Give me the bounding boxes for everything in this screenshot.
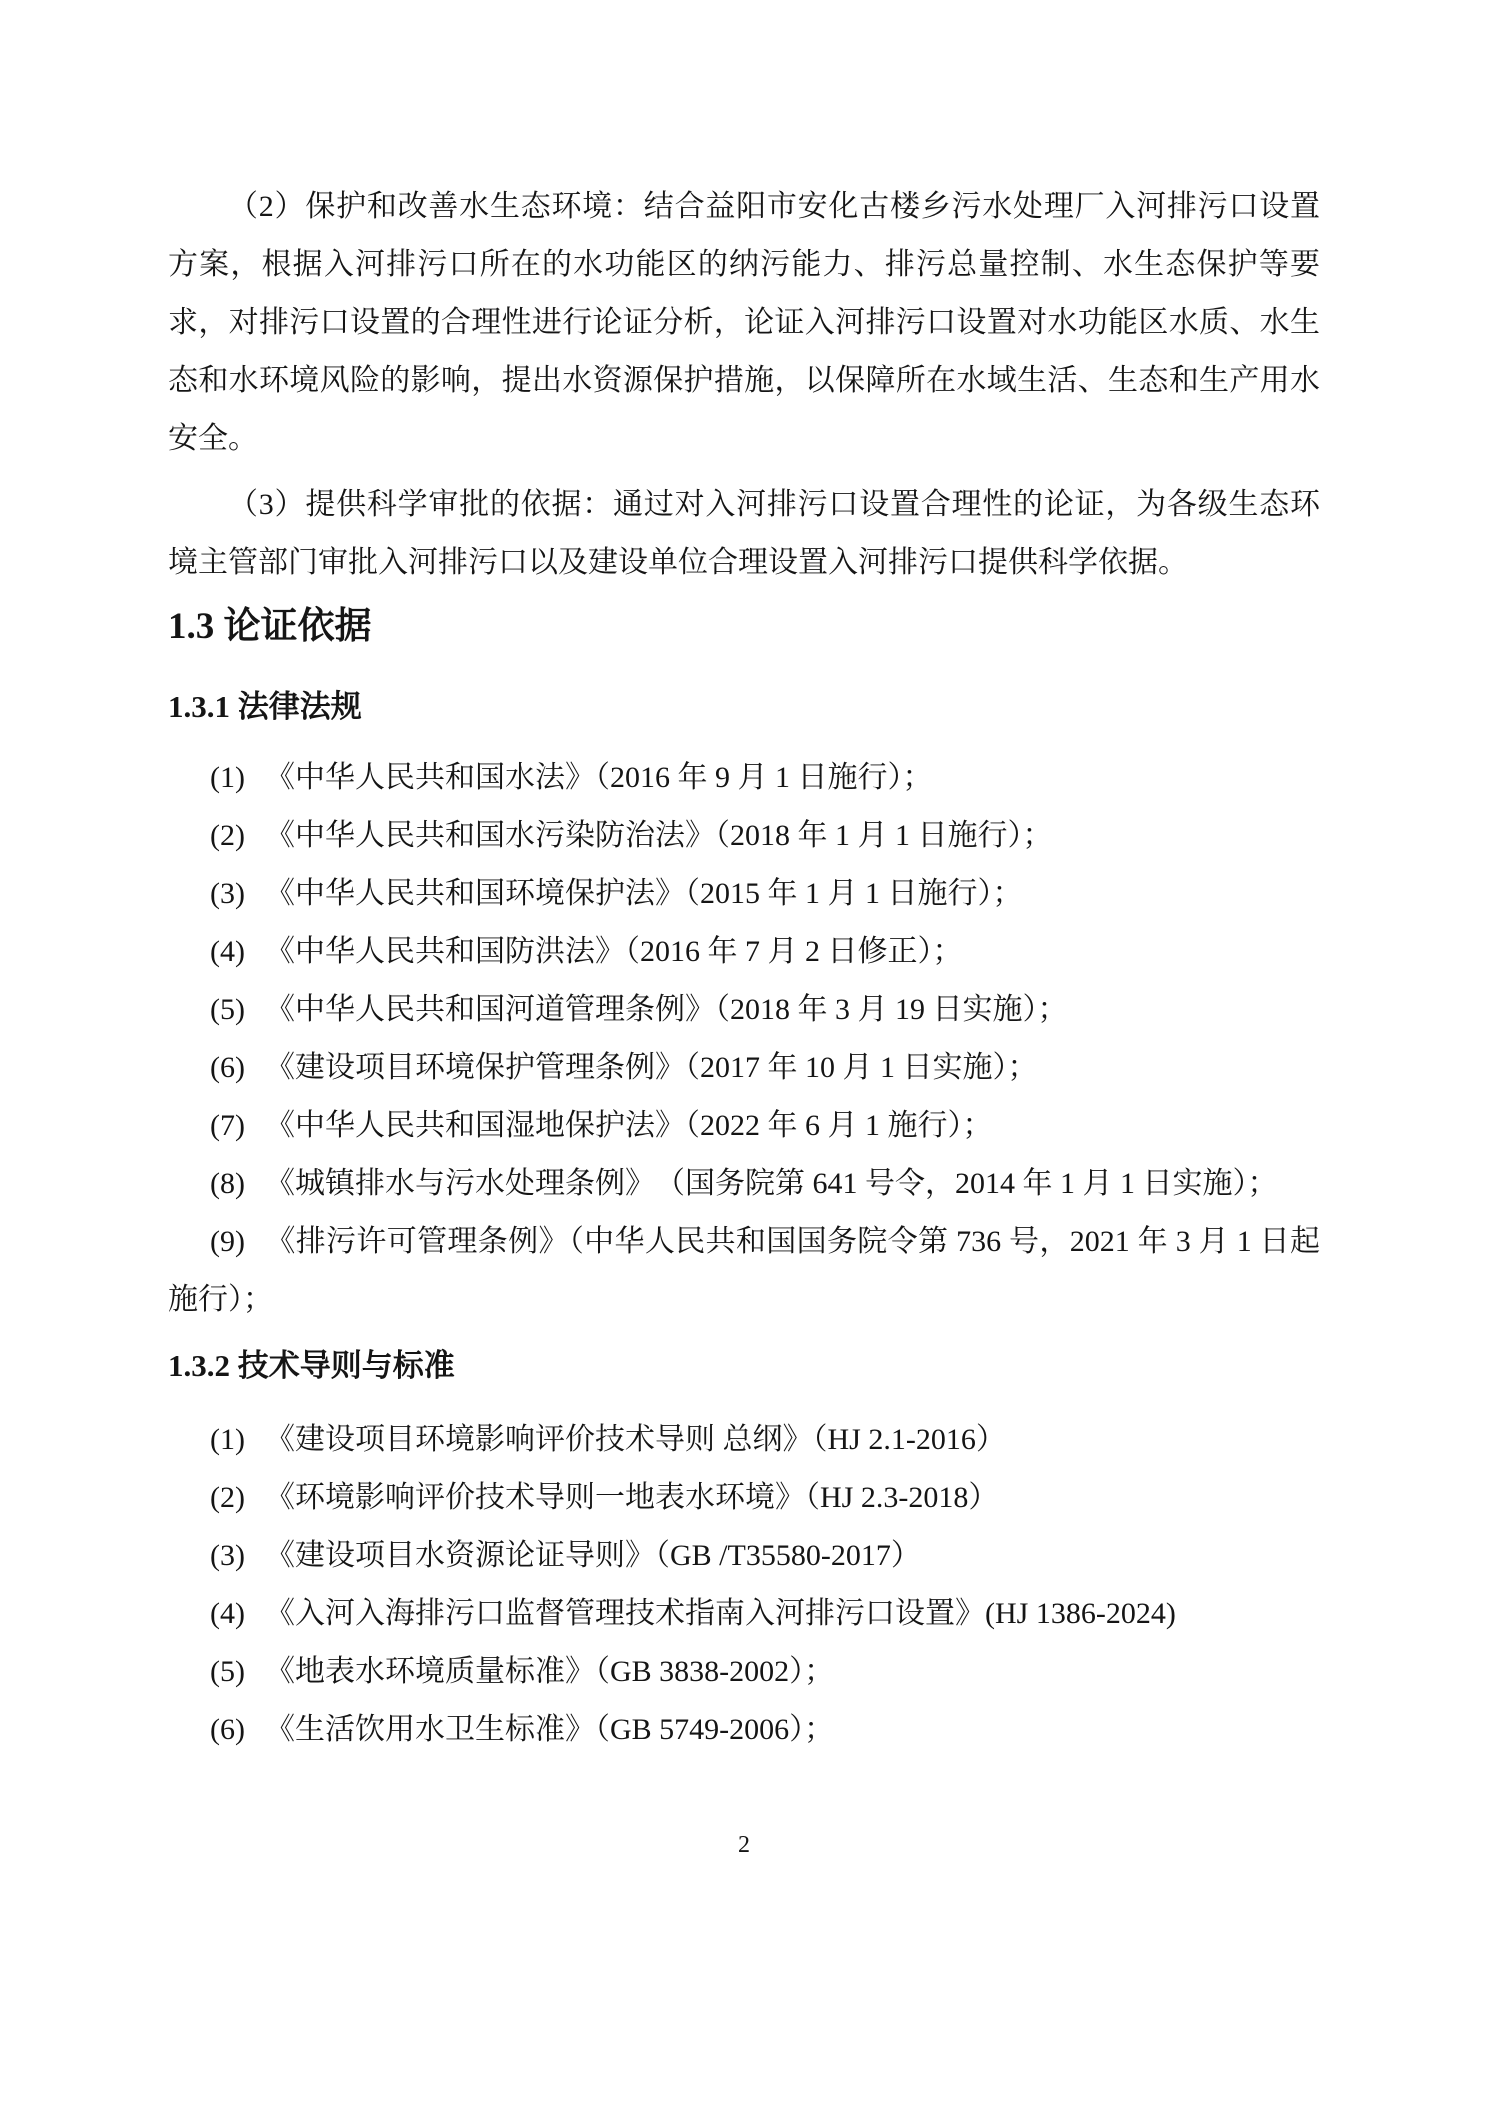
list-item: (3)《中华人民共和国环境保护法》（2015 年 1 月 1 日施行）； (168, 865, 1320, 923)
list-item-number: (9) (210, 1213, 265, 1271)
list-item-text: 《建设项目环境保护管理条例》（2017 年 10 月 1 日实施）； (265, 1051, 1038, 1084)
list-item-text: 《中华人民共和国防洪法》（2016 年 7 月 2 日修正）； (265, 935, 963, 968)
list-item: (2)《中华人民共和国水污染防治法》（2018 年 1 月 1 日施行）； (168, 807, 1320, 865)
list-item: (7)《中华人民共和国湿地保护法》（2022 年 6 月 1 施行）； (168, 1097, 1320, 1155)
list-item-number: (7) (210, 1097, 265, 1155)
laws-regulations-list: (1)《中华人民共和国水法》（2016 年 9 月 1 日施行）； (2)《中华… (168, 749, 1320, 1329)
list-item: (3)《建设项目水资源论证导则》（GB /T35580-2017） (168, 1527, 1320, 1585)
list-item-number: (3) (210, 1527, 265, 1585)
page-number: 2 (168, 1830, 1320, 1860)
list-item: (1)《中华人民共和国水法》（2016 年 9 月 1 日施行）； (168, 749, 1320, 807)
list-item-number: (6) (210, 1039, 265, 1097)
list-item-text: 《中华人民共和国湿地保护法》（2022 年 6 月 1 施行）； (265, 1109, 993, 1142)
list-item-text: 《环境影响评价技术导则一地表水环境》（HJ 2.3-2018） (265, 1481, 998, 1514)
section-heading-1-3-1: 1.3.1 法律法规 (168, 678, 1320, 736)
section-heading-1-3: 1.3 论证依据 (168, 598, 1320, 656)
list-item-text: 《中华人民共和国河道管理条例》（2018 年 3 月 19 日实施）； (265, 993, 1068, 1026)
list-item-text: 《中华人民共和国水法》（2016 年 9 月 1 日施行）； (265, 761, 933, 794)
list-item-text: 《建设项目环境影响评价技术导则 总纲》（HJ 2.1-2016） (265, 1423, 1006, 1456)
list-item: (4)《入河入海排污口监督管理技术指南入河排污口设置》(HJ 1386-2024… (168, 1585, 1320, 1643)
list-item-text: 《中华人民共和国环境保护法》（2015 年 1 月 1 日施行）； (265, 877, 1023, 910)
list-item-number: (4) (210, 1585, 265, 1643)
list-item-number: (1) (210, 1411, 265, 1469)
section-heading-1-3-2: 1.3.2 技术导则与标准 (168, 1337, 1320, 1395)
list-item-number: (1) (210, 749, 265, 807)
technical-standards-list: (1)《建设项目环境影响评价技术导则 总纲》（HJ 2.1-2016） (2)《… (168, 1411, 1320, 1759)
list-item-text: 《中华人民共和国水污染防治法》（2018 年 1 月 1 日施行）； (265, 819, 1053, 852)
list-item-text: 《排污许可管理条例》（中华人民共和国国务院令第 736 号，2021 年 3 月… (168, 1225, 1320, 1316)
list-item: (2)《环境影响评价技术导则一地表水环境》（HJ 2.3-2018） (168, 1469, 1320, 1527)
list-item-number: (6) (210, 1701, 265, 1759)
list-item: (6)《生活饮用水卫生标准》（GB 5749-2006）； (168, 1701, 1320, 1759)
document-page: （2）保护和改善水生态环境：结合益阳市安化古楼乡污水处理厂入河排污口设置方案，根… (0, 0, 1488, 2104)
list-item: (1)《建设项目环境影响评价技术导则 总纲》（HJ 2.1-2016） (168, 1411, 1320, 1469)
paragraph-protect-water-ecology: （2）保护和改善水生态环境：结合益阳市安化古楼乡污水处理厂入河排污口设置方案，根… (168, 178, 1320, 468)
list-item-number: (3) (210, 865, 265, 923)
list-item-text: 《生活饮用水卫生标准》（GB 5749-2006）； (265, 1713, 834, 1746)
list-item: (6)《建设项目环境保护管理条例》（2017 年 10 月 1 日实施）； (168, 1039, 1320, 1097)
list-item-number: (2) (210, 1469, 265, 1527)
list-item-text: 《城镇排水与污水处理条例》 （国务院第 641 号令，2014 年 1 月 1 … (265, 1167, 1278, 1200)
list-item-number: (4) (210, 923, 265, 981)
list-item: (5)《地表水环境质量标准》（GB 3838-2002）； (168, 1643, 1320, 1701)
list-item-text: 《地表水环境质量标准》（GB 3838-2002）； (265, 1655, 834, 1688)
list-item: (9)《排污许可管理条例》（中华人民共和国国务院令第 736 号，2021 年 … (168, 1213, 1320, 1329)
list-item-number: (2) (210, 807, 265, 865)
list-item: (8)《城镇排水与污水处理条例》 （国务院第 641 号令，2014 年 1 月… (168, 1155, 1320, 1213)
paragraph-scientific-approval-basis: （3）提供科学审批的依据：通过对入河排污口设置合理性的论证，为各级生态环境主管部… (168, 476, 1320, 592)
list-item-number: (5) (210, 1643, 265, 1701)
list-item: (5)《中华人民共和国河道管理条例》（2018 年 3 月 19 日实施）； (168, 981, 1320, 1039)
list-item-number: (8) (210, 1155, 265, 1213)
list-item-number: (5) (210, 981, 265, 1039)
list-item: (4)《中华人民共和国防洪法》（2016 年 7 月 2 日修正）； (168, 923, 1320, 981)
list-item-text: 《入河入海排污口监督管理技术指南入河排污口设置》(HJ 1386-2024) (265, 1597, 1176, 1630)
list-item-text: 《建设项目水资源论证导则》（GB /T35580-2017） (265, 1539, 921, 1572)
